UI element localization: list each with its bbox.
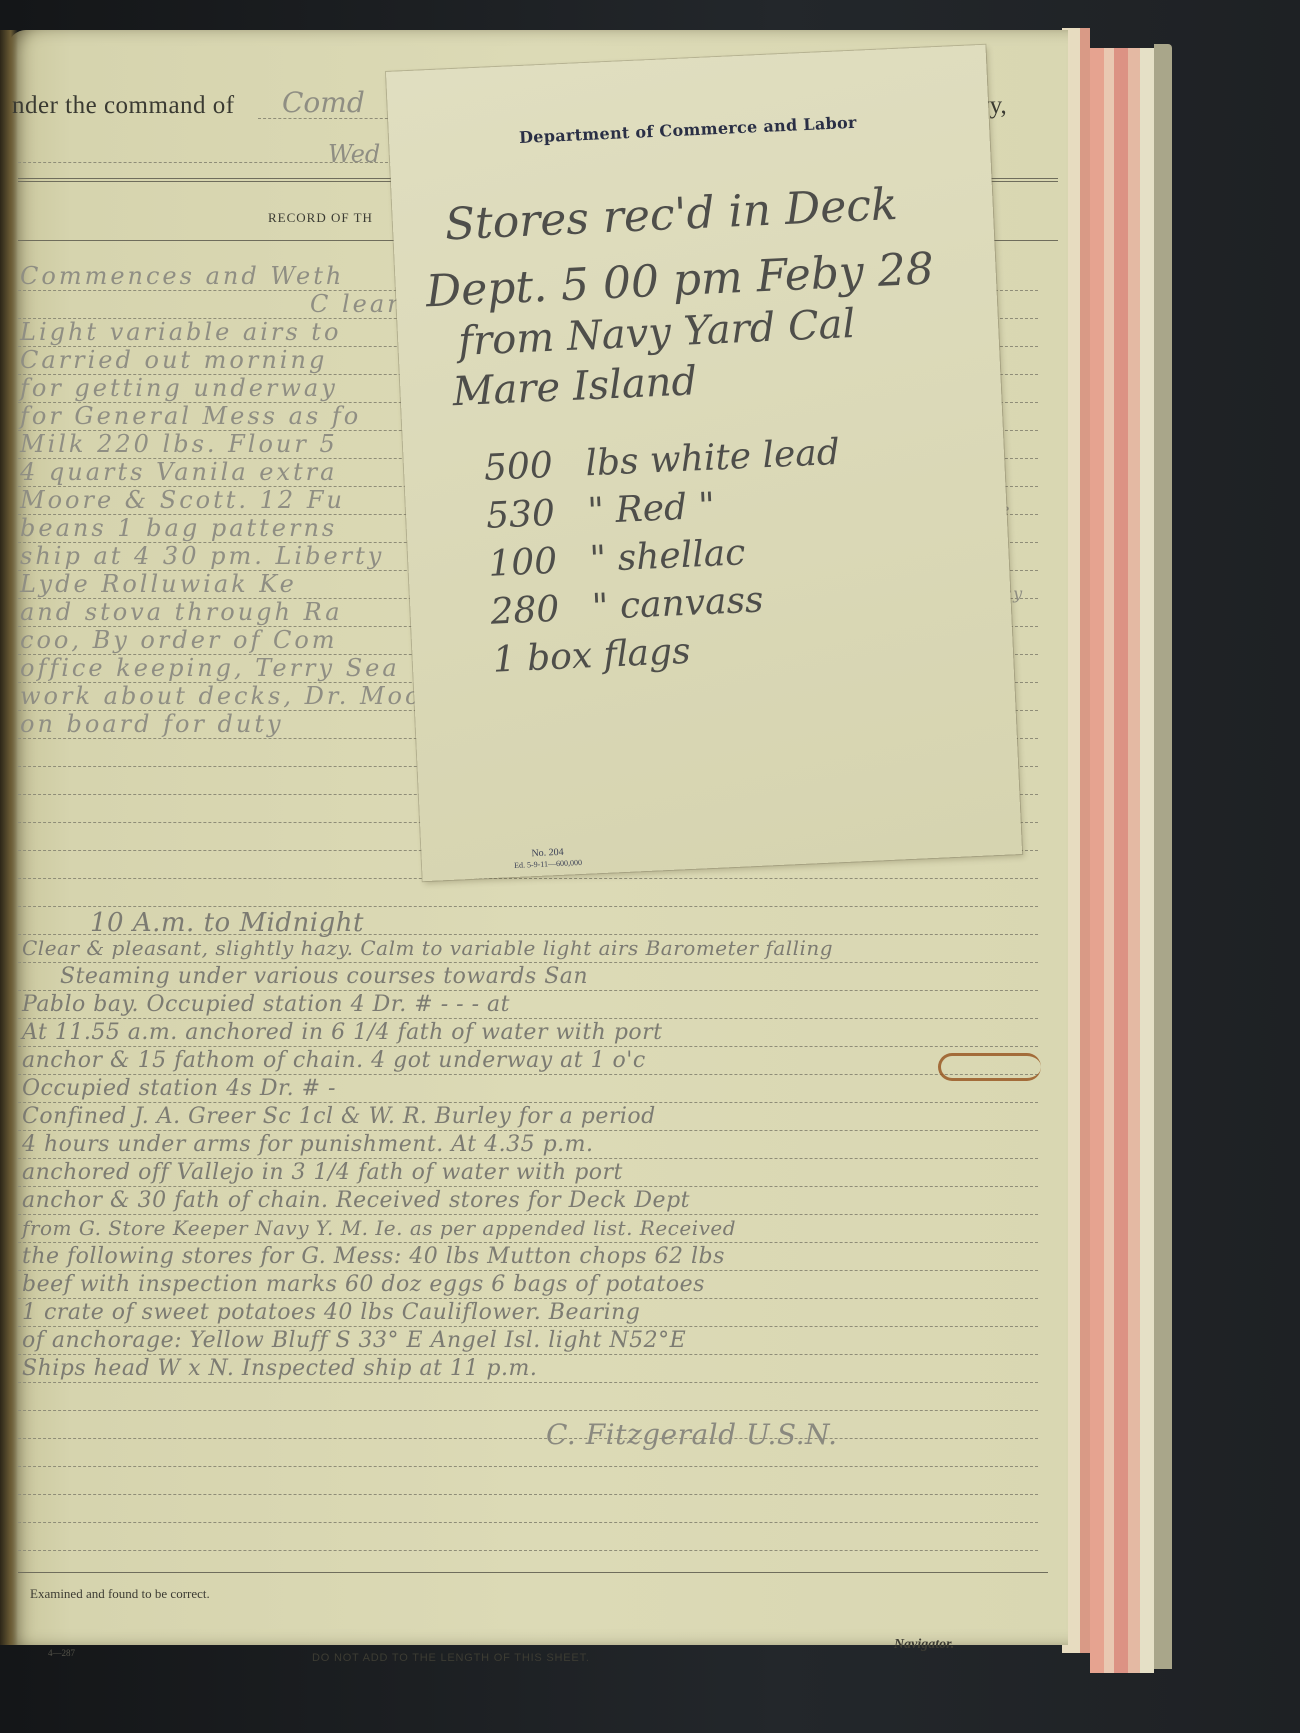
log-line: on board for duty: [20, 710, 284, 738]
log-line: 4 quarts Vanila extra: [20, 458, 337, 486]
log-line: beans 1 bag patterns: [20, 514, 337, 542]
commander-handwritten: Comd: [282, 86, 365, 119]
log-line: Pablo bay. Occupied station 4 Dr. # - - …: [22, 992, 510, 1017]
log-line: Lyde Rolluwiak Ke: [20, 570, 297, 598]
slip-note-line: Mare Island: [452, 358, 698, 415]
length-notice: DO NOT ADD TO THE LENGTH OF THIS SHEET.: [312, 1652, 590, 1664]
slip-note-line: Dept. 5 00 pm Feby 28: [425, 243, 935, 317]
slip-item-row: 100 " shellac: [488, 532, 747, 585]
log-line: At 11.55 a.m. anchored in 6 1/4 fath of …: [22, 1020, 663, 1045]
date-underline: [18, 162, 398, 163]
log-line: beef with inspection marks 60 doz eggs 6…: [22, 1272, 705, 1297]
slip-item-row: 500 lbs white lead: [483, 432, 841, 489]
log-line: Clear & pleasant, slightly hazy. Calm to…: [22, 936, 833, 960]
log-line: 4 hours under arms for punishment. At 4.…: [22, 1132, 594, 1157]
log-line: 1 crate of sweet potatoes 40 lbs Caulifl…: [22, 1300, 640, 1325]
log-line: of anchorage: Yellow Bluff S 33° E Angel…: [22, 1328, 686, 1353]
log-line: C lear: [310, 290, 402, 318]
log-line: for General Mess as fo: [20, 402, 361, 430]
officer-signature: C. Fitzgerald U.S.N.: [546, 1418, 838, 1451]
slip-form-number: No. 204 Ed. 5-9-11—600,000: [513, 846, 582, 871]
command-line-label: nder the command of: [12, 92, 235, 120]
log-line: anchor & 15 fathom of chain. 4 got under…: [22, 1048, 646, 1073]
log-line: anchored off Vallejo in 3 1/4 fath of wa…: [22, 1160, 623, 1185]
log-line: Steaming under various courses towards S…: [60, 964, 588, 989]
log-line: for getting underway: [20, 374, 338, 402]
form-code: 4—287: [48, 1648, 75, 1658]
slip-note-line: Stores rec'd in Deck: [444, 179, 899, 250]
log-line: Moore & Scott. 12 Fu: [20, 486, 345, 514]
book-spine-shadow: [0, 30, 18, 1645]
slip-letterhead: Department of Commerce and Labor: [519, 113, 857, 147]
navigator-label: Navigator.: [894, 1637, 954, 1653]
section-title: RECORD OF TH: [268, 210, 373, 226]
log-line: Milk 220 lbs. Flour 5: [20, 430, 338, 458]
log-line: Light variable airs to: [20, 318, 341, 346]
date-handwritten: Wed: [328, 140, 380, 168]
log-line: coo, By order of Com: [20, 626, 338, 654]
log-line: Confined J. A. Greer Sc 1cl & W. R. Burl…: [22, 1104, 656, 1129]
slip-item-row: 1 box flags: [492, 631, 691, 681]
log-line: Occupied station 4s Dr. # -: [22, 1076, 336, 1101]
log-line: office keeping, Terry Sea: [20, 654, 400, 682]
rust-stain: [938, 1053, 1041, 1081]
log-line: work about decks, Dr. Moo: [20, 682, 422, 710]
slip-item-row: 530 " Red ": [485, 486, 716, 537]
examined-statement: Examined and found to be correct.: [30, 1586, 210, 1602]
log-line: Ships head W x N. Inspected ship at 11 p…: [22, 1356, 537, 1381]
command-underline: [258, 118, 398, 119]
log-line: ship at 4 30 pm. Liberty: [20, 542, 384, 570]
log-line: Carried out morning: [20, 346, 327, 374]
log-line: Commences and Weth: [20, 262, 344, 290]
page-edges: [1062, 28, 1202, 1653]
log-line: the following stores for G. Mess: 40 lbs…: [22, 1244, 725, 1269]
pasted-stores-slip: Department of Commerce and Labor Stores …: [386, 45, 1022, 881]
slip-item-row: 280 " canvass: [490, 579, 765, 632]
log-line: anchor & 30 fath of chain. Received stor…: [22, 1188, 690, 1213]
log-line: from G. Store Keeper Navy Y. M. Ie. as p…: [22, 1216, 736, 1240]
log-line: and stova through Ra: [20, 598, 343, 626]
watch-heading: 10 A.m. to Midnight: [90, 908, 364, 938]
